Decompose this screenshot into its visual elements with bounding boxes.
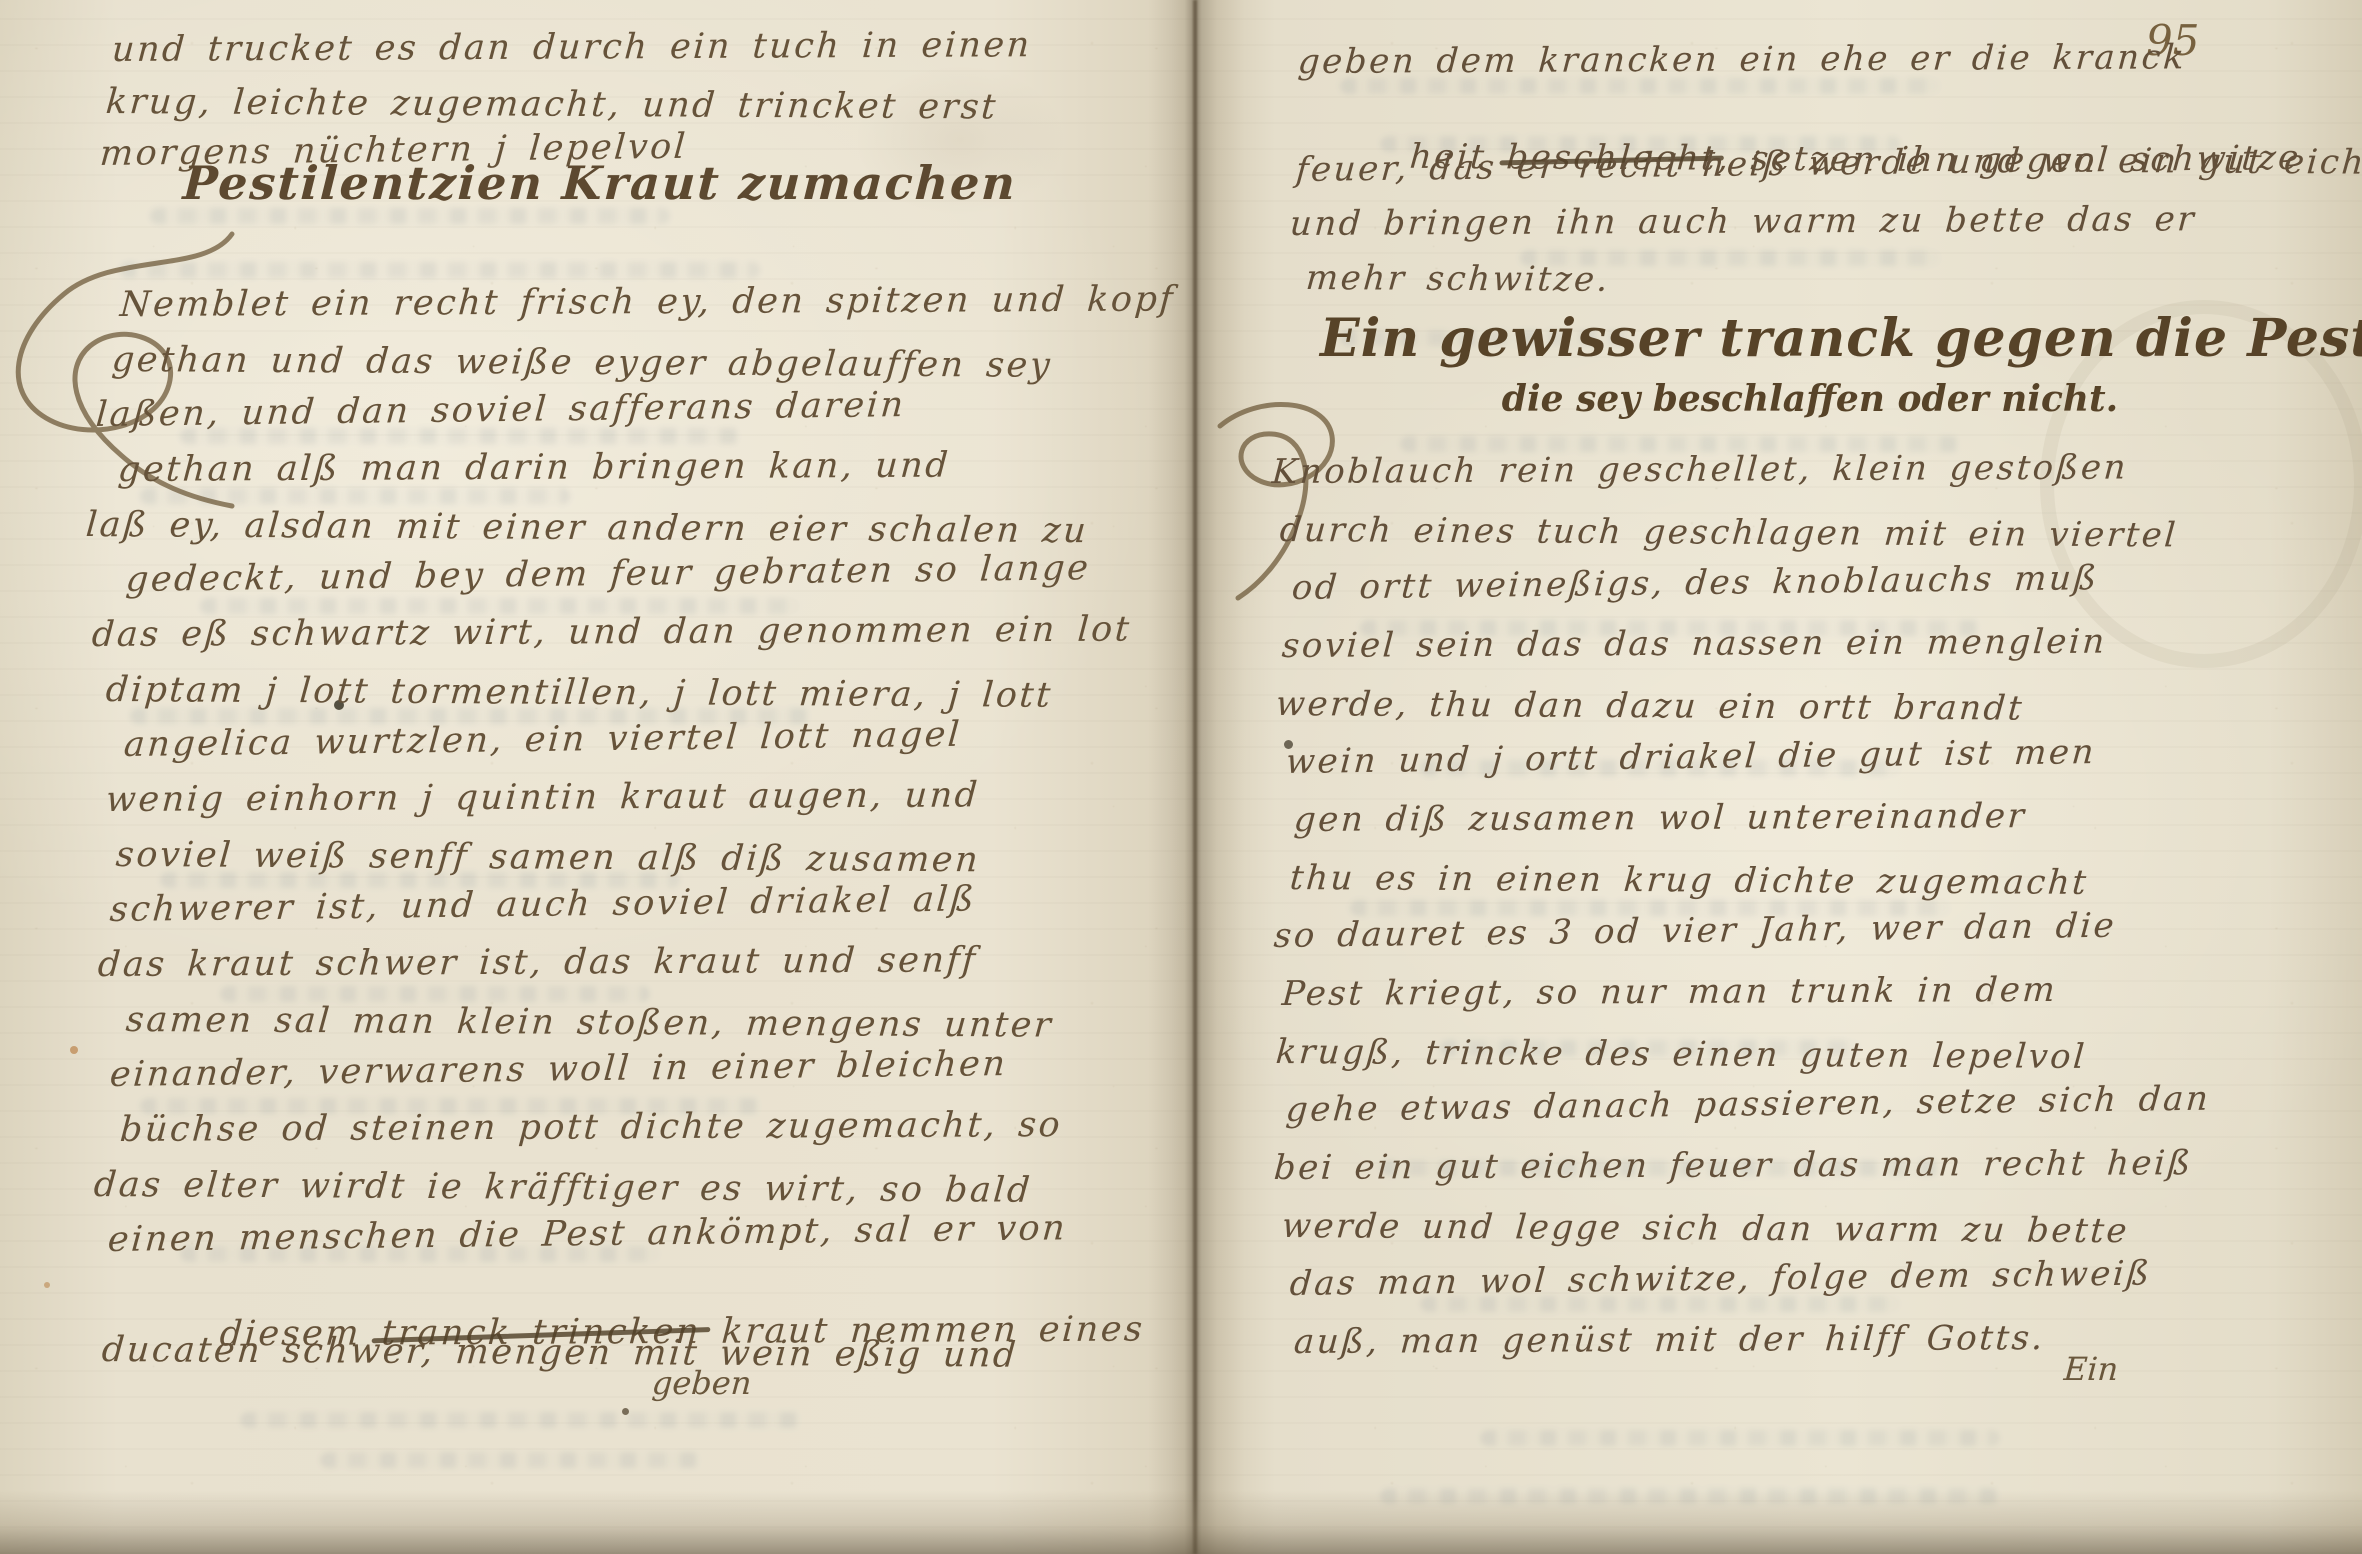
- bleedthrough-mark: [120, 262, 760, 278]
- text-line: büchse od steinen pott dichte zugemacht,…: [119, 1105, 1064, 1150]
- text-line: od ortt weineßigs, des knoblauchs muß: [1290, 558, 2100, 608]
- catchword-left: geben: [651, 1364, 753, 1402]
- text-line: und trucket es dan durch ein tuch in ein…: [111, 25, 1033, 70]
- text-line: gethan alß man darin bringen kan, und: [117, 446, 952, 490]
- bleedthrough-mark: [320, 1452, 700, 1468]
- text-line: wein und j ortt driakel die gut ist men: [1284, 732, 2097, 782]
- rust-speck: [44, 1282, 50, 1288]
- text-line: einen menschen die Pest ankömpt, sal er …: [106, 1208, 1068, 1260]
- text-line: mehr schwitze.: [1304, 258, 1611, 300]
- catchword-right: Ein: [2063, 1350, 2120, 1388]
- page-right: 95 geben dem krancken ein ehe er die kra…: [1180, 0, 2362, 1554]
- bleedthrough-mark: [140, 488, 570, 504]
- text-line: laß ey, alsdan mit einer andern eier sch…: [84, 505, 1089, 551]
- text-line: soviel sein das das nassen ein menglein: [1281, 622, 2108, 666]
- text-line: werde, thu dan dazu ein ortt brandt: [1274, 684, 2025, 729]
- text-line: laßen, und dan soviel safferans darein: [94, 385, 906, 435]
- text-line: so dauret es 3 od vier Jahr, wer dan die: [1272, 906, 2117, 956]
- ink-blot: [622, 1408, 629, 1415]
- text-line: diptam j lott tormentillen, j lott miera…: [104, 670, 1054, 716]
- text-line: das man wol schwitze, folge dem schweiß: [1288, 1253, 2153, 1304]
- text-line: geben dem krancken ein ehe er die kranck: [1297, 37, 2188, 82]
- left-recipe-heading: Pestilentzien Kraut zumachen: [182, 156, 1019, 210]
- text-line: Nemblet ein recht frisch ey, den spitzen…: [119, 279, 1177, 325]
- text-line: auß, man genüst mit der hilff Gotts.: [1293, 1318, 2047, 1362]
- text-line: Pest kriegt, so nur man trunk in dem: [1281, 970, 2059, 1014]
- bleedthrough-mark: [150, 208, 670, 224]
- text-line: angelica wurtzlen, ein viertel lott nage…: [122, 715, 963, 765]
- text-line: ducaten schwer, mengen mit wein eßig und: [100, 1330, 1019, 1376]
- text-line: schwerer ist, und auch soviel driakel al…: [108, 879, 977, 930]
- text-line: gen diß zusamen wol untereinander: [1293, 796, 2028, 840]
- bleedthrough-mark: [1380, 1488, 2000, 1504]
- text-line: gethan und das weiße eyger abgelauffen s…: [110, 340, 1053, 386]
- text-line: das elter wirdt ie kräfftiger es wirt, s…: [92, 1165, 1033, 1211]
- manuscript-spread: und trucket es dan durch ein tuch in ein…: [0, 0, 2362, 1554]
- text-line: krugß, trincke des einen guten lepelvol: [1274, 1032, 2088, 1077]
- text-line: bei ein gut eichen feuer das man recht h…: [1273, 1143, 2194, 1188]
- text-line: gedeckt, und bey dem feur gebraten so la…: [124, 548, 1091, 600]
- bleedthrough-mark: [1480, 1430, 2000, 1446]
- page-left: und trucket es dan durch ein tuch in ein…: [0, 0, 1180, 1554]
- text-line: krug, leichte zugemacht, und trincket er…: [104, 82, 999, 127]
- text-line: das kraut schwer ist, das kraut und senf…: [97, 940, 979, 985]
- text-line: samen sal man klein stoßen, mengens unte…: [124, 1000, 1054, 1046]
- text-line: thu es in einen krug dichte zugemacht: [1288, 858, 2089, 903]
- text-line: wenig einhorn j quintin kraut augen, und: [105, 775, 981, 820]
- text-line: werde und legge sich dan warm zu bette: [1280, 1206, 2130, 1251]
- right-recipe-subheading: die sey beschlaffen oder nicht.: [1320, 378, 2300, 420]
- text-line: einander, verwarens woll in einer bleich…: [108, 1044, 1008, 1095]
- rust-speck: [70, 1046, 78, 1054]
- book-gutter-crease: [1193, 0, 1197, 1554]
- text-line: und bringen ihn auch warm zu bette das e…: [1289, 199, 2198, 244]
- text-line: soviel weiß senff samen alß diß zusamen: [114, 835, 981, 880]
- text-line: durch eines tuch geschlagen mit ein vier…: [1278, 510, 2179, 555]
- text-line: das eß schwartz wirt, und dan genommen e…: [91, 610, 1133, 655]
- paper-stain: [820, 40, 1100, 240]
- text-line: gehe etwas danach passieren, setze sich …: [1284, 1079, 2211, 1130]
- bleedthrough-mark: [240, 1412, 800, 1428]
- text-line: Knoblauch rein geschellet, klein gestoße…: [1271, 448, 2130, 492]
- right-recipe-heading: Ein gewisser tranck gegen die Pest: [1320, 308, 2300, 369]
- bleedthrough-mark: [220, 986, 650, 1002]
